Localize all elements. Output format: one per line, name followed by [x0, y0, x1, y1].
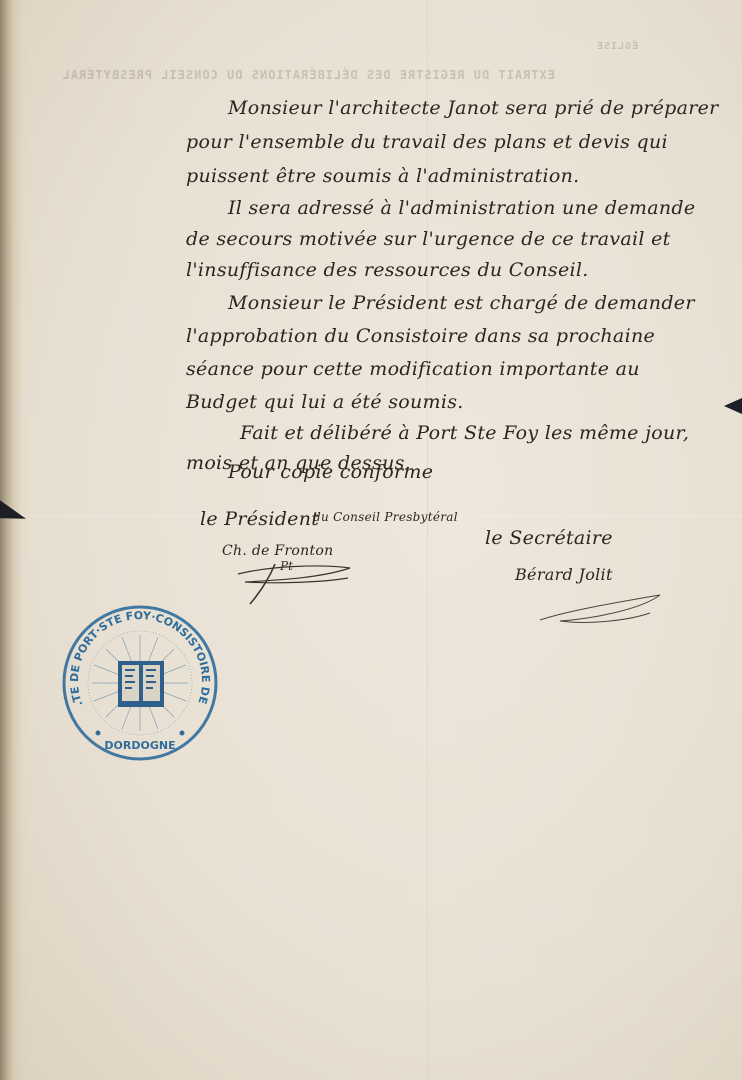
president-title-suffix: du Conseil Presbytéral: [313, 510, 458, 524]
body-line-11: Fait et délibéré à Port Ste Foy les même…: [240, 422, 689, 444]
stamp-bottom-text: DORDOGNE: [104, 739, 175, 752]
bleedthrough-church-label: ÉGLISE: [596, 41, 638, 52]
fold-line-vertical: [427, 0, 428, 1080]
body-line-2: pour l'ensemble du travail des plans et …: [186, 131, 668, 153]
president-initials: Pt: [279, 559, 293, 573]
secretary-signature: Bérard Jolit: [515, 565, 613, 584]
president-title: le Président: [200, 508, 319, 530]
bleedthrough-header-title: EXTRAIT DU REGISTRE DES DÉLIBÉRATIONS DU…: [95, 68, 555, 82]
body-line-3: puissent être soumis à l'administration.: [186, 165, 579, 187]
body-line-9: séance pour cette modification important…: [186, 358, 640, 380]
secretary-title: le Secrétaire: [485, 527, 613, 549]
body-line-1: Monsieur l'architecte Janot sera prié de…: [228, 97, 719, 119]
president-signature: Ch. de Fronton: [222, 543, 333, 559]
body-line-5: de secours motivée sur l'urgence de ce t…: [186, 228, 671, 250]
consistory-stamp: EGLISE PROT.TE DE PORT·STE FOY·CONSISTOI…: [58, 605, 222, 761]
copy-note: Pour copie conforme: [228, 461, 433, 483]
president-flourish: Pt: [230, 558, 360, 608]
body-line-6: l'insuffisance des ressources du Conseil…: [186, 259, 589, 281]
body-line-10: Budget qui lui a été soumis.: [186, 391, 464, 413]
open-bible-icon: [118, 661, 164, 707]
body-line-4: Il sera adressé à l'administration une d…: [228, 197, 695, 219]
secretary-flourish: [520, 585, 670, 635]
document-page: [0, 0, 742, 1080]
body-line-7: Monsieur le Président est chargé de dema…: [228, 292, 695, 314]
body-line-8: l'approbation du Consistoire dans sa pro…: [186, 325, 655, 347]
binding-tab-right: [724, 398, 742, 414]
paper-left-edge: [0, 0, 22, 1080]
